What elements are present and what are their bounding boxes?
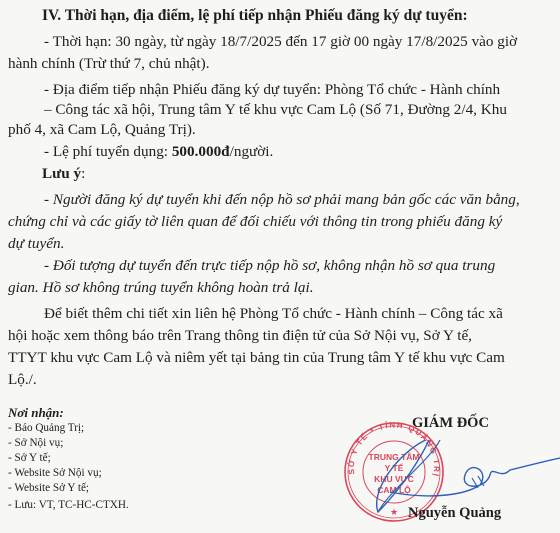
note-title-text: Lưu ý	[42, 165, 81, 182]
recipient-item: - Lưu: VT, TC-HC-CTXH.	[8, 498, 129, 513]
recipient-item: - Sở Nội vụ;	[8, 436, 129, 451]
fee-prefix: - Lệ phí tuyển dụng:	[44, 143, 172, 160]
location-line-2: – Công tác xã hội, Trung tâm Y tế khu vự…	[44, 100, 507, 120]
deadline-line-1: - Thời hạn: 30 ngày, từ ngày 18/7/2025 đ…	[44, 32, 517, 52]
note-item-2-line-1: - Đối tượng dự tuyển đến trực tiếp nộp h…	[44, 256, 495, 276]
location-line-3: phố 4, xã Cam Lộ, Quảng Trị).	[8, 120, 196, 140]
location-line-1: - Địa điểm tiếp nhận Phiếu đăng ký dự tu…	[44, 80, 500, 100]
note-item-1-line-2: chứng chỉ và các giấy tờ liên quan để đố…	[8, 212, 502, 232]
document-page: IV. Thời hạn, địa điểm, lệ phí tiếp nhận…	[0, 0, 560, 533]
recipients-title: Nơi nhận:	[8, 404, 129, 421]
signer-name: Nguyễn Quảng	[408, 505, 501, 522]
signature-title: GIÁM ĐỐC	[412, 415, 489, 432]
contact-line-4: Lộ./.	[8, 370, 37, 390]
recipient-item: - Sở Y tế;	[8, 451, 129, 466]
contact-line-1: Để biết thêm chi tiết xin liên hệ Phòng …	[44, 304, 503, 324]
fee-line: - Lệ phí tuyển dụng: 500.000đ/người.	[44, 142, 273, 162]
recipient-item: - Báo Quảng Trị;	[8, 421, 129, 436]
note-title: Lưu ý:	[42, 164, 85, 184]
section-heading: IV. Thời hạn, địa điểm, lệ phí tiếp nhận…	[42, 6, 468, 26]
recipient-item: - Website Sở Y tế;	[8, 481, 129, 496]
fee-suffix: /người.	[230, 143, 274, 160]
deadline-line-2: hành chính (Trừ thứ 7, chủ nhật).	[8, 54, 210, 74]
note-colon: :	[81, 165, 85, 182]
note-item-2-line-2: gian. Hồ sơ không trúng tuyển không hoàn…	[8, 278, 314, 298]
contact-line-2: hội hoặc xem thông báo trên Trang thông …	[8, 326, 472, 346]
recipient-item: - Website Sở Nội vụ;	[8, 466, 129, 481]
fee-amount: 500.000đ	[172, 143, 230, 160]
recipients-block: Nơi nhận: - Báo Quảng Trị; - Sở Nội vụ; …	[8, 404, 129, 513]
note-item-1-line-1: - Người đăng ký dự tuyển khi đến nộp hồ …	[44, 190, 520, 210]
contact-line-3: TTYT khu vực Cam Lộ và niêm yết tại bảng…	[8, 348, 505, 368]
note-item-1-line-3: dự tuyển.	[8, 234, 64, 254]
